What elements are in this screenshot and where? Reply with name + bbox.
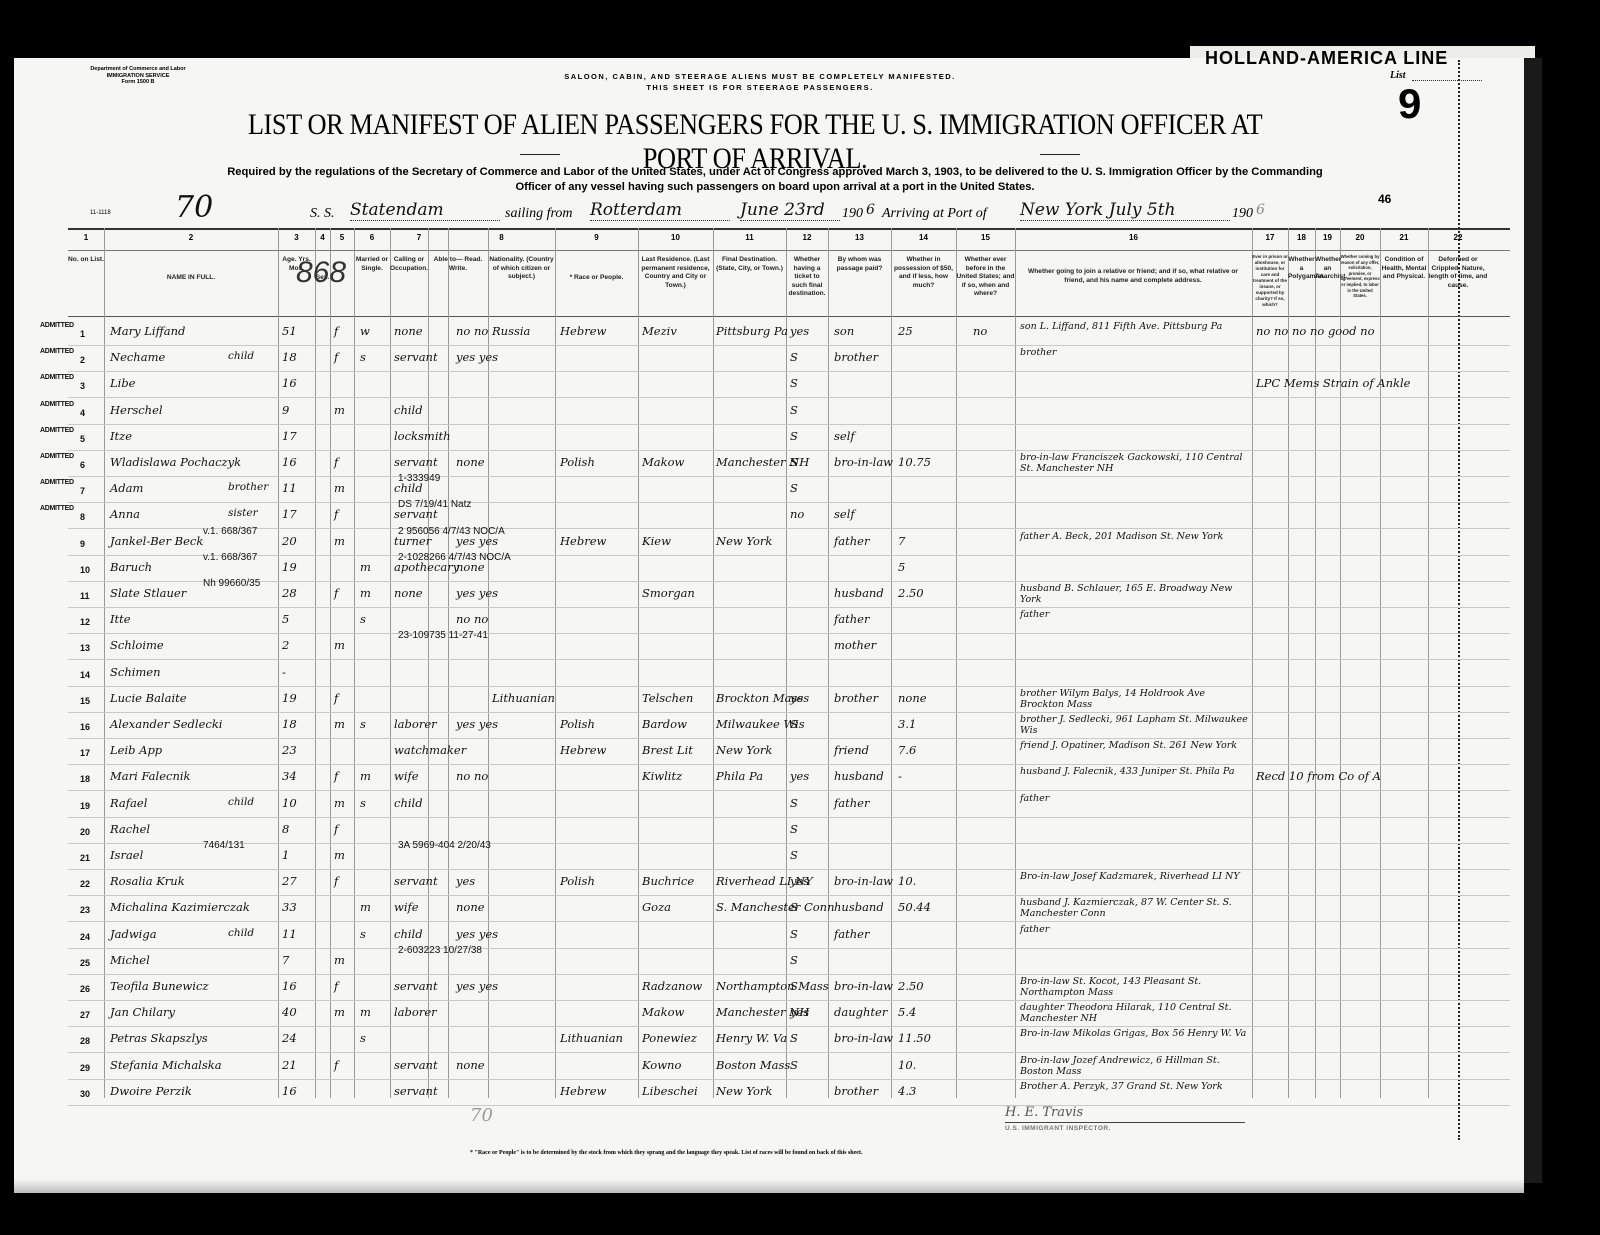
passenger-name: Petras Skapszlys: [110, 1031, 208, 1045]
passage-paid-by: father: [834, 927, 869, 941]
age: 34: [282, 769, 297, 783]
questions-17-22: no no no no good no: [1256, 324, 1375, 338]
passage-paid-by: husband: [834, 586, 884, 600]
age: 16: [282, 455, 297, 469]
passenger-name: Mary Liffand: [110, 324, 185, 338]
age: 17: [282, 429, 297, 443]
joining-relative: father A. Beck, 201 Madison St. New York: [1020, 531, 1223, 542]
last-residence: Kowno: [642, 1058, 681, 1072]
form-code: 11-1118: [90, 210, 111, 216]
column-header: Whether ever before in the United States…: [956, 256, 1015, 299]
row-number: 28: [80, 1036, 90, 1046]
passage-paid-by: bro-in-law: [834, 979, 893, 993]
nationality: Lithuanian: [492, 691, 555, 705]
passage-paid-by: bro-in-law: [834, 874, 893, 888]
departure-port: Rotterdam: [590, 200, 730, 221]
row-number: 4: [80, 408, 85, 418]
passenger-name: Dwoire Perzik: [110, 1084, 192, 1098]
race-or-people: Lithuanian: [560, 1031, 623, 1045]
table-row: ADMITTED1Mary Liffand51fwnoneno noRussia…: [68, 320, 1510, 346]
row-number: 27: [80, 1010, 90, 1020]
column-number: 20: [1340, 233, 1380, 242]
row-number: 24: [80, 932, 90, 942]
row-number: 3: [80, 381, 85, 391]
column-header: Whether an Anarchist.: [1315, 256, 1340, 282]
ticket: S: [790, 927, 798, 941]
column-header: Whether having a ticket to such final de…: [786, 256, 828, 299]
column-header: Last Residence. (Last permanent residenc…: [638, 256, 713, 290]
passage-paid-by: father: [834, 534, 869, 548]
joining-relative: Bro-in-law Mikolas Grigas, Box 56 Henry …: [1020, 1028, 1246, 1039]
sex: m: [334, 1005, 345, 1019]
occupation: wife: [394, 900, 419, 914]
passage-paid-by: daughter: [834, 1005, 887, 1019]
table-row: 22Rosalia Kruk27fservantyesPolishBuchric…: [68, 870, 1510, 896]
last-residence: Goza: [642, 900, 671, 914]
money-amount: 10.: [898, 1058, 916, 1072]
read-write: none: [456, 900, 485, 914]
column-header: Deformed or Crippled. Nature, length of …: [1428, 256, 1488, 290]
passenger-name: Jadwiga: [110, 927, 157, 941]
ticket: yes: [790, 1005, 809, 1019]
passenger-name: Rachel: [110, 822, 150, 836]
column-number: 6: [354, 233, 390, 242]
occupation: child: [394, 927, 423, 941]
ticket: S: [790, 979, 798, 993]
passenger-name: Jan Chilary: [110, 1005, 175, 1019]
marital-status: s: [360, 350, 366, 364]
divider: [520, 154, 560, 155]
last-residence: Brest Lit: [642, 743, 693, 757]
naturalization-note: 2-1028266 4/7/43 NOC/A: [398, 552, 511, 563]
last-residence: Telschen: [642, 691, 693, 705]
naturalization-ref: 7464/131: [203, 840, 245, 851]
money-amount: -: [898, 769, 902, 783]
table-row: ADMITTED5Itze17locksmithSself: [68, 425, 1510, 451]
occupation: servant: [394, 455, 438, 469]
column-number: 11: [713, 233, 786, 242]
row-number: 1: [80, 329, 85, 339]
table-row: 21Israel7464/1311m3A 5969-404 2/20/43S: [68, 844, 1510, 870]
year-prefix: 190: [1232, 206, 1253, 222]
relationship-note: sister: [228, 507, 258, 519]
read-write: yes yes: [456, 350, 498, 364]
occupation: child: [394, 403, 423, 417]
row-number: 14: [80, 670, 90, 680]
age: 27: [282, 874, 297, 888]
column-header: Condition of Health, Mental and Physical…: [1380, 256, 1428, 282]
list-number: 9: [1398, 80, 1421, 128]
marital-status: m: [360, 769, 371, 783]
table-row: 11Slate StlauerNh 99660/3528fmnoneyes ye…: [68, 582, 1510, 608]
ticket: yes: [790, 874, 809, 888]
joining-relative: Bro-in-law Josef Kadzmarek, Riverhead LI…: [1020, 871, 1240, 882]
joining-relative: brother J. Sedlecki, 961 Lapham St. Milw…: [1020, 714, 1250, 736]
joining-relative: bro-in-law Franciszek Gackowski, 110 Cen…: [1020, 452, 1250, 474]
admitted-stamp: ADMITTED: [40, 322, 74, 329]
passage-paid-by: friend: [834, 743, 869, 757]
joining-relative: father: [1020, 793, 1049, 804]
passage-paid-by: self: [834, 507, 855, 521]
last-residence: Smorgan: [642, 586, 695, 600]
column-number: 5: [330, 233, 354, 242]
final-destination: Henry W. Va: [716, 1031, 787, 1045]
passenger-name: Israel: [110, 848, 143, 862]
money-amount: 25: [898, 324, 913, 338]
column-header: Able to— Read. Write.: [428, 256, 488, 273]
naturalization-note: DS 7/19/41 Natz: [398, 499, 471, 510]
occupation: servant: [394, 1084, 438, 1098]
passage-paid-by: brother: [834, 1084, 878, 1098]
sailing-from-label: sailing from: [505, 206, 573, 222]
table-row: 26Teofila Bunewicz16fservantyes yesRadza…: [68, 975, 1510, 1001]
last-residence: Radzanow: [642, 979, 702, 993]
sex: f: [334, 979, 338, 993]
final-destination: New York: [716, 534, 772, 548]
money-amount: 50.44: [898, 900, 931, 914]
race-or-people: Hebrew: [560, 1084, 606, 1098]
row-number: 26: [80, 984, 90, 994]
divider: [1040, 154, 1080, 155]
table-row: 15Lucie Balaite19fLithuanianTelschenBroc…: [68, 687, 1510, 713]
table-row: 20Rachel8fS: [68, 818, 1510, 844]
table-row: 28Petras Skapszlys24sLithuanianPonewiezH…: [68, 1027, 1510, 1053]
relationship-note: brother: [228, 481, 268, 493]
departure-date: June 23rd: [740, 200, 840, 221]
ticket: S: [790, 429, 798, 443]
read-write: none: [456, 455, 485, 469]
passage-paid-by: husband: [834, 769, 884, 783]
departure-year: 6: [866, 202, 875, 218]
ticket: S: [790, 1058, 798, 1072]
naturalization-ref: Nh 99660/35: [203, 578, 260, 589]
row-number: 17: [80, 748, 90, 758]
passenger-name: Baruch: [110, 560, 152, 574]
table-row: 23Michalina Kazimierczak33mwifenoneGozaS…: [68, 896, 1510, 922]
read-write: yes: [456, 874, 475, 888]
table-row: 17Leib App23watchmakerHebrewBrest LitNew…: [68, 739, 1510, 765]
previously-in-us: no: [973, 324, 987, 338]
requirement-line-2: Officer of any vessel having such passen…: [110, 180, 1440, 195]
column-header: Whether a Polygamist.: [1288, 256, 1315, 282]
row-number: 22: [80, 879, 90, 889]
passage-paid-by: bro-in-law: [834, 1031, 893, 1045]
joining-relative: friend J. Opatiner, Madison St. 261 New …: [1020, 740, 1237, 751]
naturalization-note: 1-333949: [398, 473, 440, 484]
money-amount: 10.75: [898, 455, 931, 469]
final-destination: Pittsburg Pa: [716, 324, 788, 338]
header-rule: [68, 316, 1510, 317]
column-number: 8: [448, 233, 555, 242]
sex: m: [334, 534, 345, 548]
column-header: Final Destination. (State, City, or Town…: [713, 256, 786, 273]
table-row: 12Itte5sno nofatherfather: [68, 608, 1510, 634]
read-write: yes yes: [456, 586, 498, 600]
passenger-name: Teofila Bunewicz: [110, 979, 208, 993]
sex: f: [334, 769, 338, 783]
race-or-people: Polish: [560, 717, 595, 731]
passage-paid-by: husband: [834, 900, 884, 914]
last-residence: Buchrice: [642, 874, 694, 888]
read-write: yes yes: [456, 717, 498, 731]
column-number: 16: [1015, 233, 1252, 242]
joining-relative: brother Wilym Balys, 14 Holdrook Ave Bro…: [1020, 688, 1250, 710]
passenger-name: Itze: [110, 429, 132, 443]
last-residence: Makow: [642, 1005, 684, 1019]
ticket: S: [790, 900, 798, 914]
passenger-name: Stefania Michalska: [110, 1058, 222, 1072]
ticket: S: [790, 350, 798, 364]
last-residence: Bardow: [642, 717, 687, 731]
table-row: 19Rafaelchild10mschildSfatherfather: [68, 792, 1510, 818]
column-header: NAME IN FULL.: [104, 274, 278, 283]
occupation: servant: [394, 979, 438, 993]
sex: f: [334, 324, 338, 338]
last-residence: Makow: [642, 455, 684, 469]
naturalization-note: 2-603223 10/27/38: [398, 945, 482, 956]
sex: f: [334, 822, 338, 836]
money-amount: none: [898, 691, 927, 705]
final-destination: S. Manchester Conn: [716, 900, 835, 914]
year-prefix: 190: [842, 206, 863, 222]
admitted-stamp: ADMITTED: [40, 505, 74, 512]
last-residence: Ponewiez: [642, 1031, 697, 1045]
read-write: no no: [456, 769, 488, 783]
sex: f: [334, 507, 338, 521]
read-write: yes yes: [456, 979, 498, 993]
age: 16: [282, 1084, 297, 1098]
column-header: Whether in possession of $50, and if les…: [891, 256, 956, 290]
final-destination: New York: [716, 1084, 772, 1098]
naturalization-ref: v.1. 668/367: [203, 526, 257, 537]
final-destination: Northampton Mass: [716, 979, 829, 993]
column-header: No. on List.: [68, 256, 104, 265]
department-name: Department of Commerce and Labor: [88, 66, 188, 73]
table-row: 24Jadwigachild11schildyes yesSfatherfath…: [68, 923, 1510, 949]
ticket: S: [790, 822, 798, 836]
row-number: 7: [80, 486, 85, 496]
passenger-name: Nechame: [110, 350, 165, 364]
form-number: Form 1500 B: [88, 79, 188, 86]
ticket: yes: [790, 324, 809, 338]
marital-status: s: [360, 1031, 366, 1045]
last-residence: Kiew: [642, 534, 671, 548]
joining-relative: Brother A. Perzyk, 37 Grand St. New York: [1020, 1081, 1223, 1092]
table-row: 18Mari Falecnik34fmwifeno noKiwlitzPhila…: [68, 765, 1510, 791]
passage-paid-by: mother: [834, 638, 876, 652]
joining-relative: son L. Liffand, 811 Fifth Ave. Pittsburg…: [1020, 321, 1222, 332]
age: 23: [282, 743, 297, 757]
column-header: Nationality. (Country of which citizen o…: [488, 256, 555, 282]
marital-status: s: [360, 796, 366, 810]
company-name: HOLLAND-AMERICA LINE: [1205, 48, 1448, 69]
money-amount: 10.: [898, 874, 916, 888]
age: 11: [282, 481, 297, 495]
ticket: S: [790, 717, 798, 731]
final-destination: Phila Pa: [716, 769, 763, 783]
marital-status: s: [360, 927, 366, 941]
row-number: 13: [80, 643, 90, 653]
column-number: 12: [786, 233, 828, 242]
column-number: 10: [638, 233, 713, 242]
department-label: Department of Commerce and Labor IMMIGRA…: [88, 66, 188, 86]
passage-paid-by: self: [834, 429, 855, 443]
passenger-name: Anna: [110, 507, 140, 521]
ticket: no: [790, 507, 804, 521]
joining-relative: brother: [1020, 347, 1056, 358]
money-amount: 2.50: [898, 979, 924, 993]
occupation: none: [394, 586, 423, 600]
top-annotation: 868: [296, 256, 346, 290]
passage-paid-by: son: [834, 324, 854, 338]
race-or-people: Polish: [560, 455, 595, 469]
passage-paid-by: bro-in-law: [834, 455, 893, 469]
admitted-stamp: ADMITTED: [40, 453, 74, 460]
occupation: watchmaker: [394, 743, 466, 757]
row-number: 21: [80, 853, 90, 863]
requirement-text: Required by the regulations of the Secre…: [110, 165, 1440, 195]
sex: m: [334, 848, 345, 862]
passenger-name: Mari Falecnik: [110, 769, 191, 783]
table-row: 30Dwoire Perzik16servantHebrewLibescheiN…: [68, 1080, 1510, 1106]
read-write: no no: [456, 612, 488, 626]
passenger-name: Lucie Balaite: [110, 691, 187, 705]
inspector-block: H. E. Travis U.S. IMMIGRANT INSPECTOR.: [1005, 1105, 1245, 1132]
money-amount: 2.50: [898, 586, 924, 600]
marital-status: m: [360, 560, 371, 574]
read-write: yes yes: [456, 927, 498, 941]
table-row: ADMITTED6Wladislawa Pochaczyk16fservantn…: [68, 451, 1510, 477]
questions-17-22: LPC Mems Strain of Ankle: [1256, 376, 1410, 390]
column-number: 21: [1380, 233, 1428, 242]
race-or-people: Hebrew: [560, 534, 606, 548]
ticket: S: [790, 376, 798, 390]
table-row: 29Stefania Michalska21fservantnoneKownoB…: [68, 1054, 1510, 1080]
money-amount: 11.50: [898, 1031, 931, 1045]
final-destination: Boston Mass: [716, 1058, 790, 1072]
admitted-stamp: ADMITTED: [40, 401, 74, 408]
age: 40: [282, 1005, 297, 1019]
passenger-name: Schloime: [110, 638, 164, 652]
column-header: By whom was passage paid?: [828, 256, 891, 273]
column-number: 18: [1288, 233, 1315, 242]
age: 5: [282, 612, 289, 626]
joining-relative: husband B. Schlauer, 165 E. Broadway New…: [1020, 583, 1250, 605]
arriving-label: Arriving at Port of: [882, 206, 987, 222]
race-or-people: Hebrew: [560, 324, 606, 338]
sex: m: [334, 796, 345, 810]
joining-relative: father: [1020, 924, 1049, 935]
inspector-signature: H. E. Travis: [1005, 1105, 1245, 1120]
column-number: 13: [828, 233, 891, 242]
table-row: 25Michel7m2-603223 10/27/38S: [68, 949, 1510, 975]
joining-relative: daughter Theodora Hilarak, 110 Central S…: [1020, 1002, 1250, 1024]
table-row: ADMITTED4Herschel9mchildS: [68, 399, 1510, 425]
table-row: ADMITTED2Nechamechild18fsservantyes yesS…: [68, 346, 1510, 372]
list-line: [1412, 80, 1482, 81]
admitted-stamp: ADMITTED: [40, 374, 74, 381]
passenger-name: Alexander Sedlecki: [110, 717, 222, 731]
colnum-rule: [68, 250, 1510, 251]
occupation: servant: [394, 1058, 438, 1072]
age: 28: [282, 586, 297, 600]
banner-line-2: THIS SHEET IS FOR STEERAGE PASSENGERS.: [440, 82, 1080, 93]
table-row: 10Baruchv.1. 668/36719mapothecarynone2-1…: [68, 556, 1510, 582]
ticket: yes: [790, 769, 809, 783]
requirement-line-1: Required by the regulations of the Secre…: [110, 165, 1440, 180]
passage-paid-by: brother: [834, 691, 878, 705]
row-number: 25: [80, 958, 90, 968]
arrival-year: 6: [1256, 202, 1265, 218]
joining-relative: husband J. Kazmierczak, 87 W. Center St.…: [1020, 897, 1250, 919]
column-number: 4: [315, 233, 330, 242]
column-number: 1: [68, 233, 104, 242]
age: 20: [282, 534, 297, 548]
age: 8: [282, 822, 289, 836]
footnote: * "Race or People" is to be determined b…: [470, 1150, 862, 1156]
table-row: ADMITTED3Libe16SLPC Mems Strain of Ankle: [68, 372, 1510, 398]
last-residence: Meziv: [642, 324, 677, 338]
inspector-label: U.S. IMMIGRANT INSPECTOR.: [1005, 1122, 1245, 1132]
row-number: 8: [80, 512, 85, 522]
column-number: 7: [390, 233, 448, 242]
race-or-people: Hebrew: [560, 743, 606, 757]
column-header: Whether coming by reason of any offer, s…: [1340, 254, 1380, 299]
money-amount: 7.6: [898, 743, 916, 757]
table-row: 14Schimen-: [68, 661, 1510, 687]
row-number: 2: [80, 355, 85, 365]
nationality: Russia: [492, 324, 530, 338]
read-write: none: [456, 1058, 485, 1072]
passenger-name: Rafael: [110, 796, 147, 810]
row-number: 10: [80, 565, 90, 575]
age: 18: [282, 717, 297, 731]
ticket: S: [790, 403, 798, 417]
occupation: laborer: [394, 717, 437, 731]
money-amount: 5.4: [898, 1005, 916, 1019]
table-row: 13Schloime2m23-109735 11-27-41mother: [68, 634, 1510, 660]
naturalization-note: 3A 5969-404 2/20/43: [398, 840, 491, 851]
row-number: 30: [80, 1089, 90, 1099]
table-row: ADMITTED8Annasister17fservantDS 7/19/41 …: [68, 503, 1510, 529]
age: 21: [282, 1058, 297, 1072]
money-amount: 5: [898, 560, 905, 574]
passenger-name: Schimen: [110, 665, 161, 679]
occupation: none: [394, 324, 423, 338]
page-number: 70: [175, 190, 213, 225]
column-number: 22: [1428, 233, 1488, 242]
column-header: Whether going to join a relative or frie…: [1028, 268, 1238, 285]
table-row: 16Alexander Sedlecki18mslaboreryes yesPo…: [68, 713, 1510, 739]
sex: f: [334, 1058, 338, 1072]
row-rule: [68, 1105, 1510, 1106]
row-number: 9: [80, 539, 85, 549]
read-write: no no: [456, 324, 488, 338]
row-number: 6: [80, 460, 85, 470]
relationship-note: child: [228, 796, 254, 808]
age: 33: [282, 900, 297, 914]
passenger-name: Michalina Kazimierczak: [110, 900, 250, 914]
ticket: S: [790, 455, 798, 469]
admitted-stamp: ADMITTED: [40, 427, 74, 434]
table-row: 9Jankel-Ber Beckv.1. 668/36720mturneryes…: [68, 530, 1510, 556]
age: 16: [282, 979, 297, 993]
age: 7: [282, 953, 289, 967]
row-number: 16: [80, 722, 90, 732]
passenger-name: Wladislawa Pochaczyk: [110, 455, 241, 469]
table-top-rule: [68, 228, 1510, 230]
age: -: [282, 665, 286, 679]
